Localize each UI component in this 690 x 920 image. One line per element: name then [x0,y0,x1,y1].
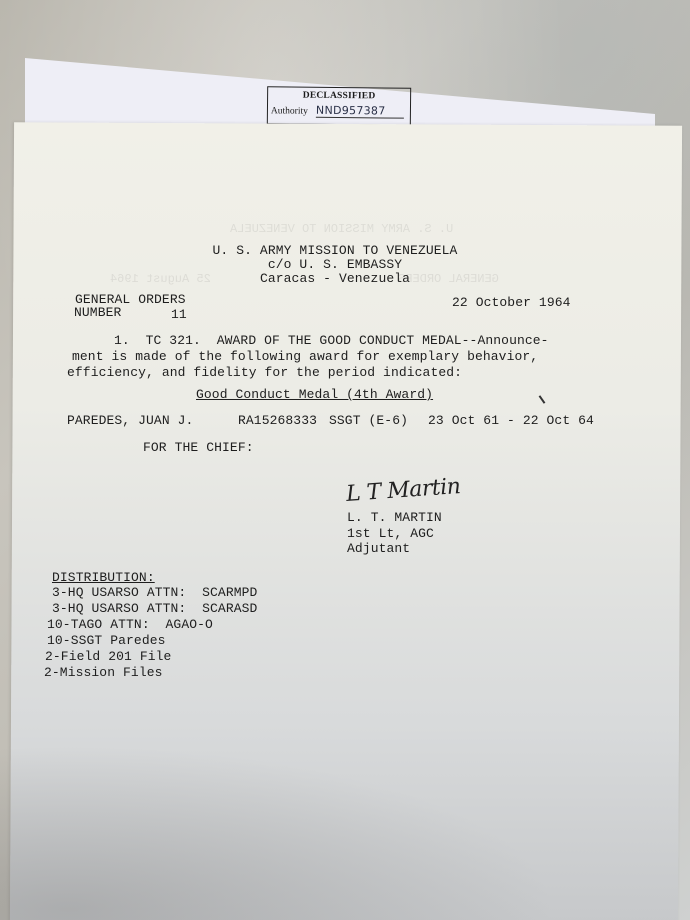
grade: SSGT (E-6) [329,413,408,428]
letterhead-line-1: U. S. ARMY MISSION TO VENEZUELA [200,243,470,258]
stamp-authority-number: NND957387 [316,104,404,119]
award-period: 23 Oct 61 - 22 Oct 64 [428,413,594,428]
orders-number: 11 [171,307,187,322]
award-title: Good Conduct Medal (4th Award) [196,387,433,402]
distribution-heading: DISTRIBUTION: [52,570,155,585]
bleed-through-text: U. S. ARMY MISSION TO VENEZUELA [230,222,453,236]
distribution-item: 10-TAGO ATTN: AGAO-O [47,617,213,632]
signatory-title: Adjutant [347,541,410,556]
distribution-item: 10-SSGT Paredes [47,633,166,648]
distribution-item: 3-HQ USARSO ATTN: SCARASD [52,601,257,616]
photo-shadow [0,700,690,920]
orders-date: 22 October 1964 [452,295,571,310]
signatory-name: L. T. MARTIN [347,510,442,525]
stamp-authority-label: Authority [271,106,308,116]
service-number: RA15268333 [238,413,317,428]
distribution-item: 2-Field 201 File [45,649,171,664]
distribution-item: 3-HQ USARSO ATTN: SCARMPD [52,585,257,600]
letterhead-line-2: c/o U. S. EMBASSY [200,257,470,272]
signatory-rank: 1st Lt, AGC [347,526,434,541]
recipient-name: PAREDES, JUAN J. [67,413,193,428]
body-line-1: 1. TC 321. AWARD OF THE GOOD CONDUCT MED… [114,333,549,348]
stamp-title: DECLASSIFIED [268,90,410,101]
letterhead-line-3: Caracas - Venezuela [200,271,470,286]
orders-number-label: NUMBER [74,305,121,320]
closing-line: FOR THE CHIEF: [143,440,254,455]
body-line-2: ment is made of the following award for … [72,349,538,364]
declassified-stamp: DECLASSIFIED Authority NND957387 [267,86,411,126]
distribution-item: 2-Mission Files [44,665,163,680]
body-line-3: efficiency, and fidelity for the period … [67,365,462,380]
